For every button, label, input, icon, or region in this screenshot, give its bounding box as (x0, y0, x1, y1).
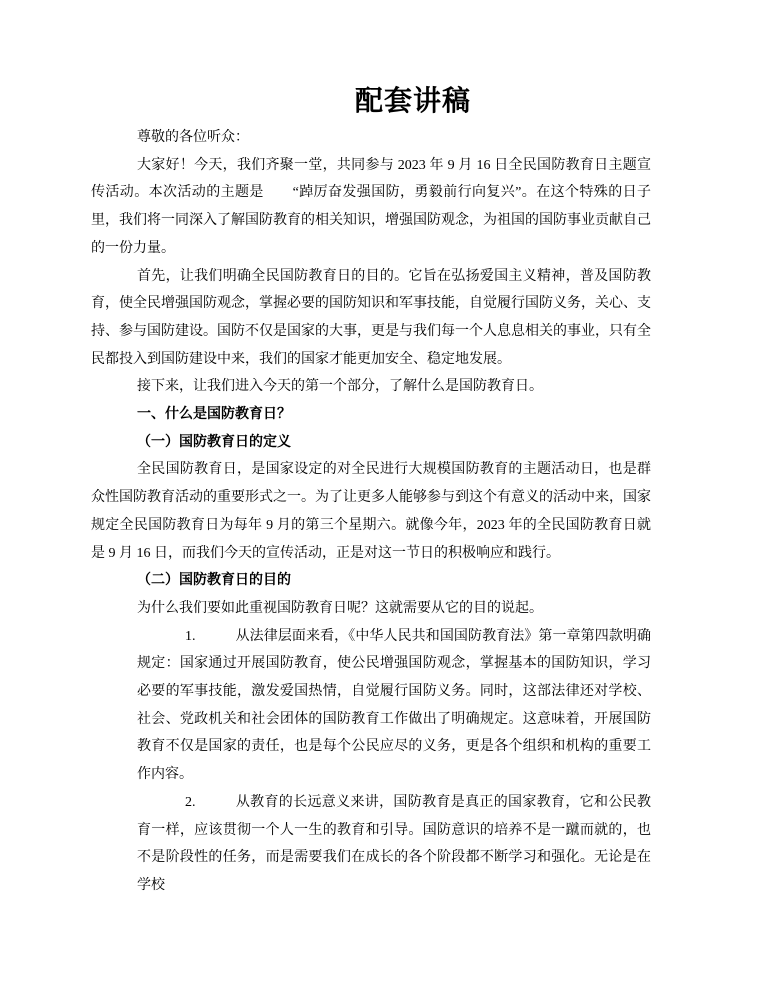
heading-goal: （二）国防教育日的目的 (91, 567, 651, 595)
heading-section-1: 一、什么是国防教育日？ (91, 401, 651, 429)
list-item-1-number: 1. (185, 629, 196, 644)
list-item-2-text: 从教育的长远意义来讲，国防教育是真正的国家教育，它和公民教育一样，应该贯彻一个人… (137, 795, 651, 893)
paragraph-transition: 接下来，让我们进入今天的第一个部分，了解什么是国防教育日。 (91, 373, 651, 401)
list-item-1: 1.从法律层面来看，《中华人民共和国国防教育法》第一章第四款明确规定：国家通过开… (137, 623, 651, 789)
paragraph-definition: 全民国防教育日，是国家设定的对全民进行大规模国防教育的主题活动日，也是群众性国防… (91, 456, 651, 567)
list-item-2-number: 2. (185, 795, 196, 810)
paragraph-intro: 大家好！今天，我们齐聚一堂，共同参与 2023 年 9 月 16 日全民国防教育… (91, 152, 651, 263)
paragraph-goal-intro: 为什么我们要如此重视国防教育日呢？这就需要从它的目的说起。 (91, 595, 651, 623)
list-item-1-text: 从法律层面来看，《中华人民共和国国防教育法》第一章第四款明确规定：国家通过开展国… (137, 629, 651, 783)
paragraph-purpose: 首先，让我们明确全民国防教育日的目的。它旨在弘扬爱国主义精神，普及国防教育，使全… (91, 263, 651, 374)
heading-definition: （一）国防教育日的定义 (91, 429, 651, 457)
document-content: 配套讲稿 尊敬的各位听众： 大家好！今天，我们齐聚一堂，共同参与 2023 年 … (0, 0, 770, 900)
document-title: 配套讲稿 (91, 80, 651, 124)
list-item-2: 2.从教育的长远意义来讲，国防教育是真正的国家教育，它和公民教育一样，应该贯彻一… (137, 789, 651, 900)
salutation-line: 尊敬的各位听众： (91, 124, 651, 152)
document-page: 配套讲稿 尊敬的各位听众： 大家好！今天，我们齐聚一堂，共同参与 2023 年 … (0, 0, 770, 1000)
